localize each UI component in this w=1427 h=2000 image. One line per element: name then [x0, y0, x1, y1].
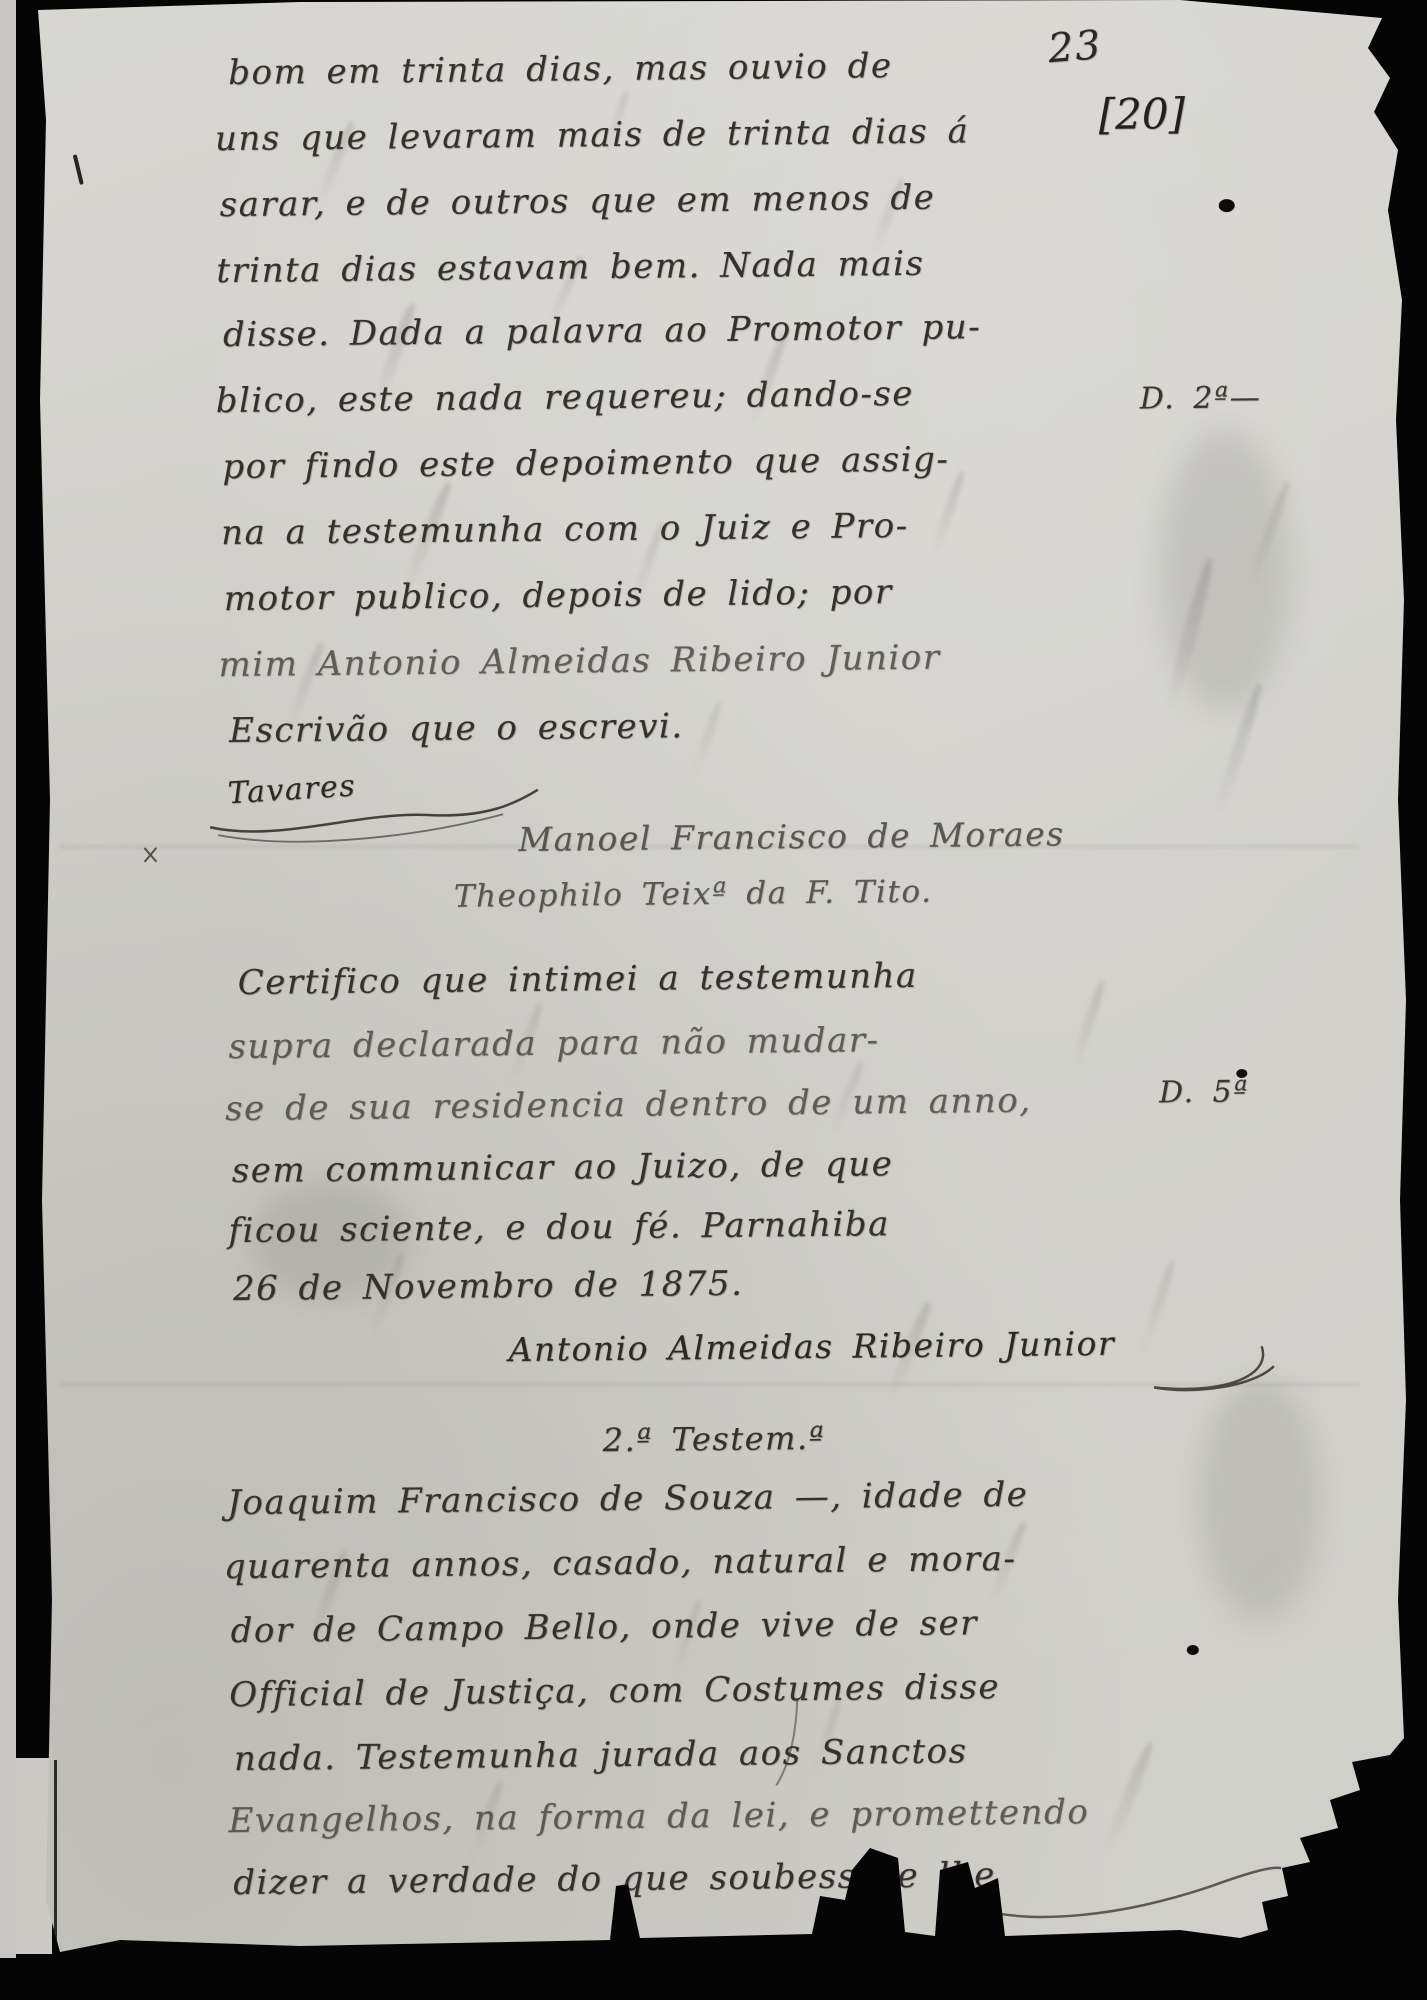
- ink-marks-overlay: [0, 0, 1427, 2000]
- ink-blot: [1187, 1645, 1199, 1655]
- manuscript-scan: 23 [20] D. 2ª— D. 5ª bom em trinta dias,…: [0, 0, 1427, 2000]
- adjacent-page-edge: [0, 0, 16, 1958]
- manuscript-paper: 23 [20] D. 2ª— D. 5ª bom em trinta dias,…: [0, 0, 1427, 2000]
- adjacent-page-edge-bottom: [16, 1758, 52, 1954]
- handwriting-layer: 23 [20] D. 2ª— D. 5ª bom em trinta dias,…: [0, 0, 1427, 2000]
- ink-flourish: [775, 1699, 798, 1785]
- ink-blot: [1236, 1069, 1247, 1078]
- ink-blot: [1219, 199, 1235, 212]
- signature-flourish: [210, 790, 538, 832]
- stray-tick-mark: [75, 157, 81, 183]
- signature-flourish: [1154, 1346, 1274, 1390]
- stray-cross-mark: [144, 848, 156, 862]
- ink-flourish: [967, 1868, 1281, 1918]
